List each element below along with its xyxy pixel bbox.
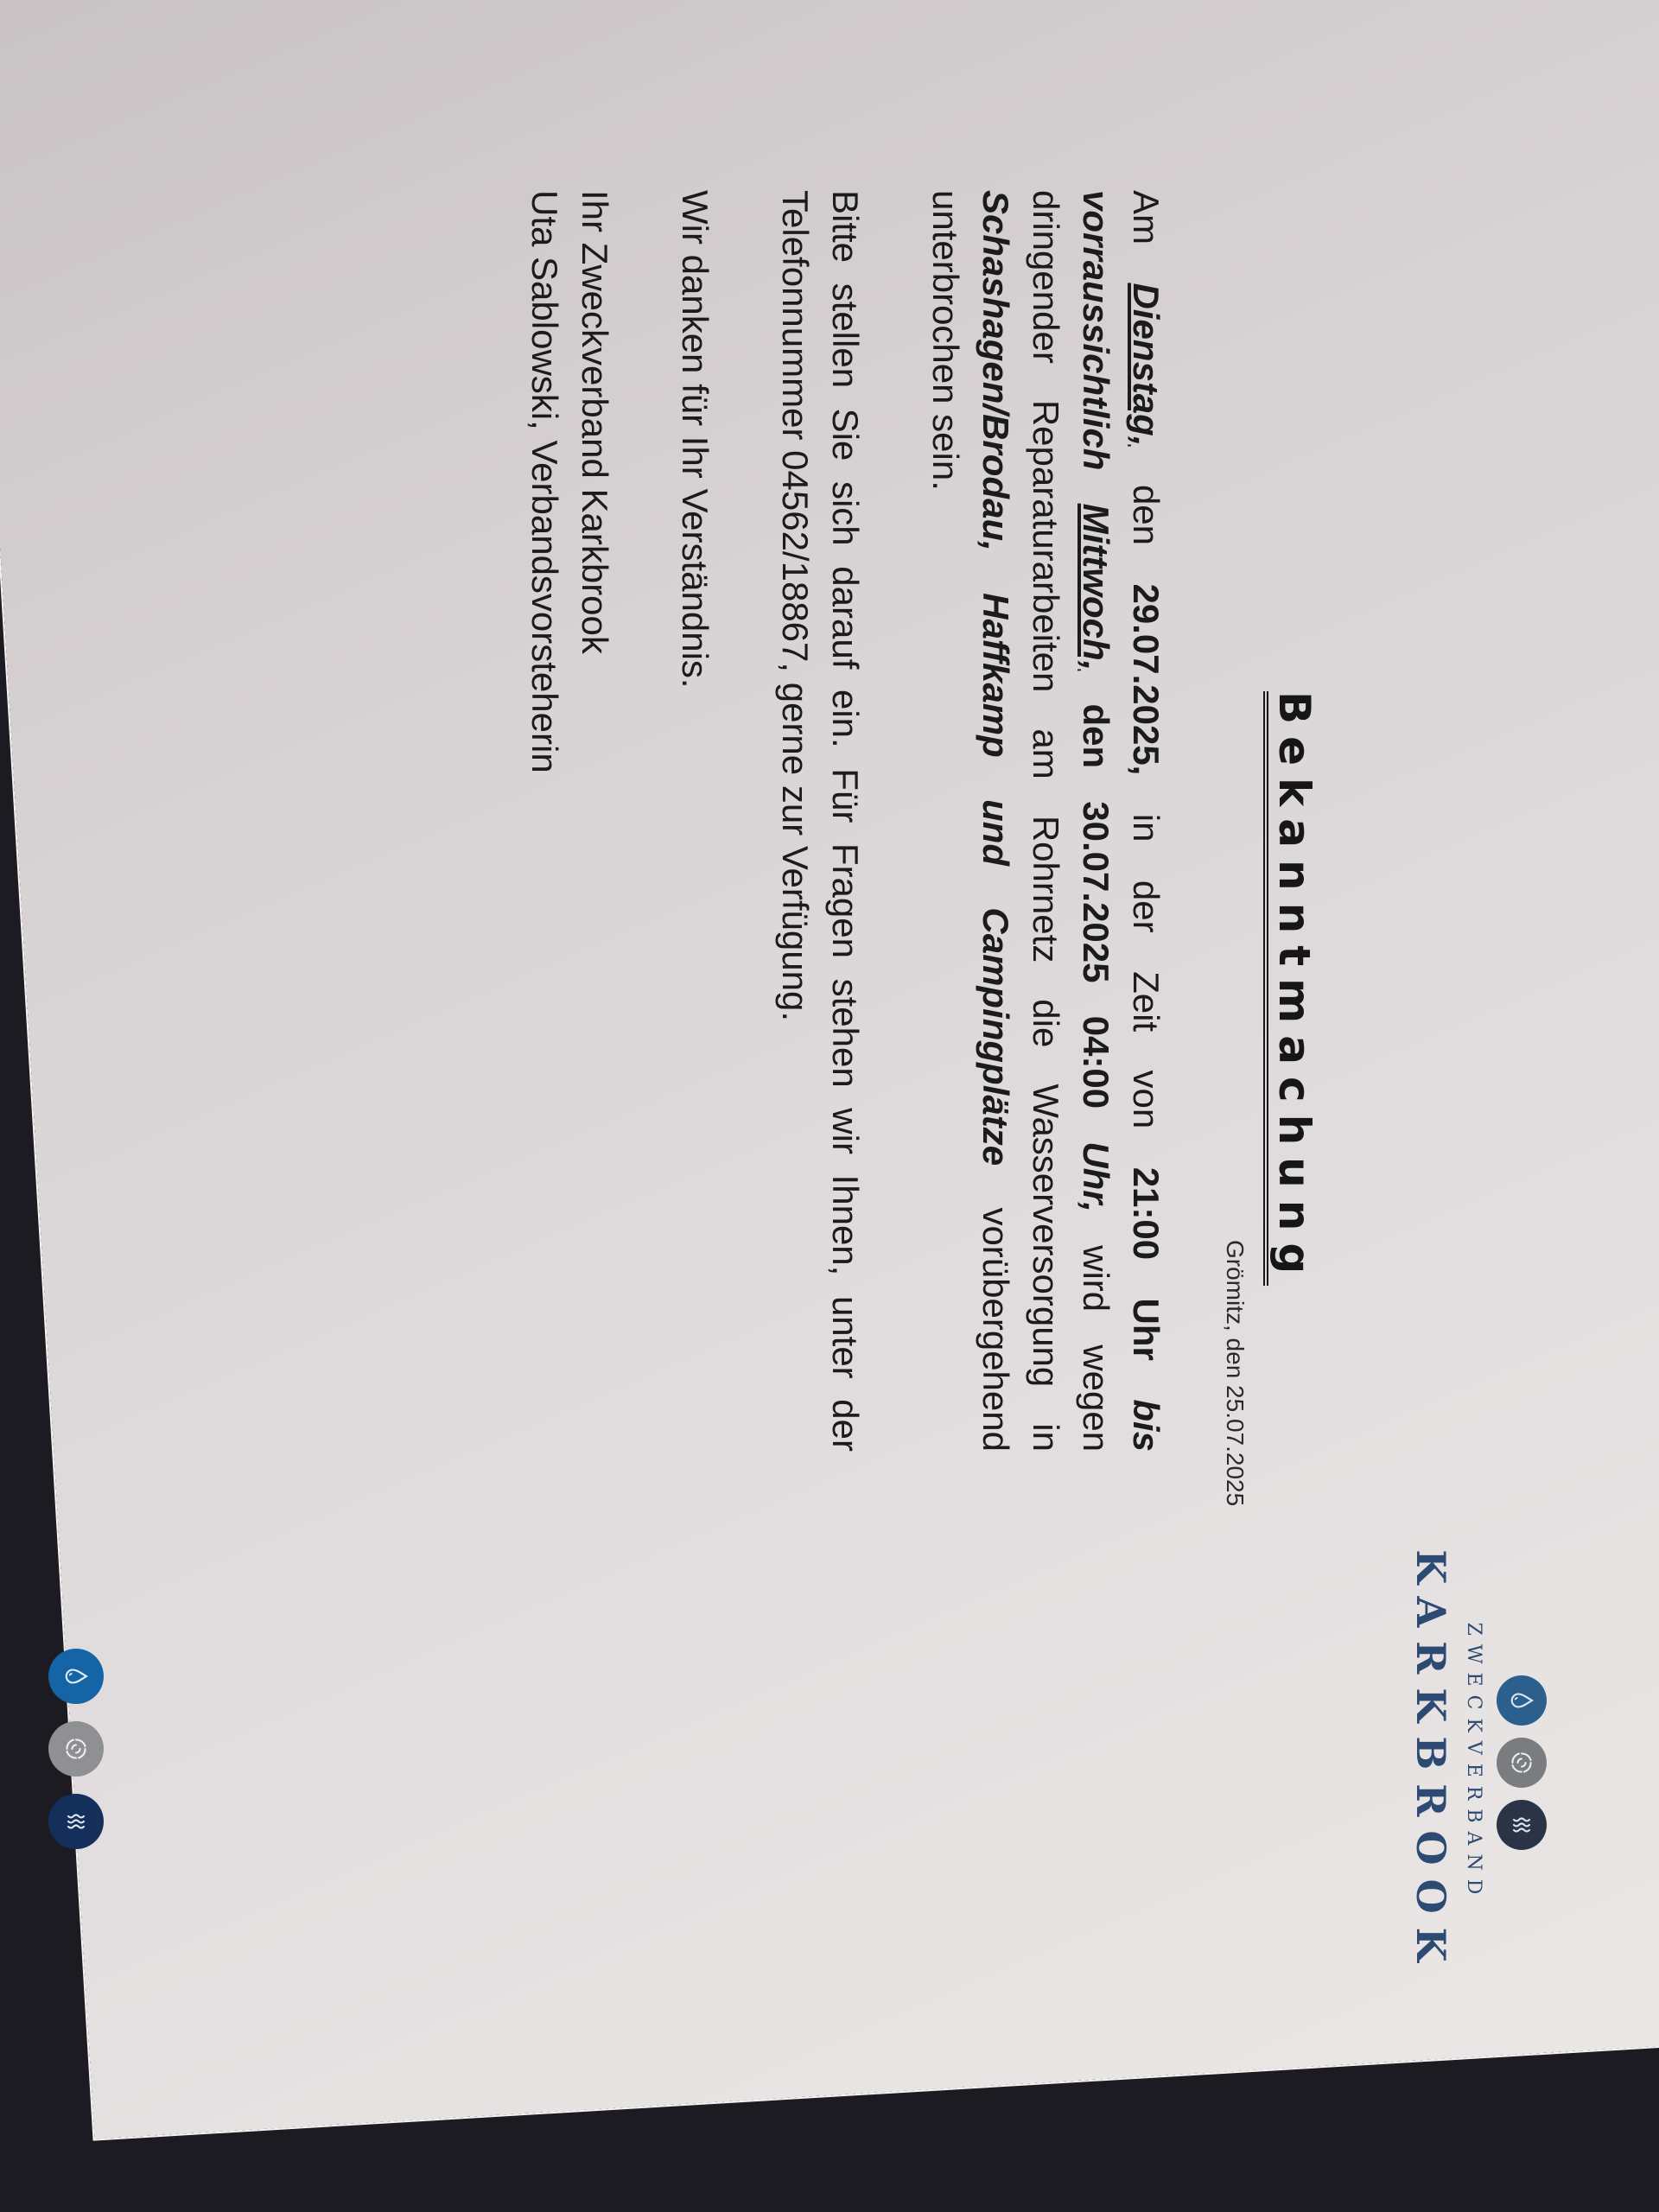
footer-icons (48, 1649, 104, 1849)
heat-waves-icon (48, 1794, 104, 1849)
swirl-icon (48, 1721, 104, 1777)
end-time: 04:00 (1076, 1016, 1116, 1109)
start-time: 21:00 Uhr (1126, 1167, 1166, 1361)
text: den (1126, 447, 1166, 584)
start-date: 29.07.2025, (1126, 583, 1166, 775)
water-drop-icon (48, 1649, 104, 1704)
swirl-icon (1497, 1738, 1547, 1788)
end-den: den (1076, 703, 1116, 768)
text: in der Zeit von (1126, 775, 1166, 1166)
text (1076, 671, 1116, 703)
text (1076, 983, 1116, 1016)
paragraph-contact: Bitte stellen Sie sich darauf ein. Für F… (770, 190, 870, 1452)
text (1076, 1109, 1116, 1141)
place-date: Grömitz, den 25.07.2025 (1221, 1240, 1249, 1506)
photo-stage: ZWECKVERBAND KARKBROOK Bekanntmachung Gr… (0, 0, 1659, 2212)
end-uhr: Uhr, (1076, 1141, 1116, 1212)
heat-waves-icon (1497, 1800, 1547, 1850)
letterhead: ZWECKVERBAND KARKBROOK (1408, 1521, 1547, 2005)
notice-body: Am Dienstag, den 29.07.2025, in der Zeit… (519, 190, 1171, 1452)
letterhead-icons (1497, 1521, 1547, 2005)
end-day: Mittwoch, (1076, 504, 1116, 671)
water-drop-icon (1497, 1675, 1547, 1726)
notice-document: ZWECKVERBAND KARKBROOK Bekanntmachung Gr… (0, 0, 1659, 2212)
text (1076, 768, 1116, 801)
signature-org: Ihr Zweckverband Karkbrook (569, 190, 620, 1452)
org-label-small: ZWECKVERBAND (1463, 1521, 1484, 2005)
paragraph-outage: Am Dienstag, den 29.07.2025, in der Zeit… (920, 190, 1171, 1452)
end-date: 30.07.2025 (1076, 801, 1116, 982)
text (1076, 470, 1116, 503)
start-day: Dienstag, (1126, 283, 1166, 446)
text (1126, 1361, 1166, 1399)
signature-name: Uta Sablowski, Verbandsvorsteherin (519, 190, 569, 1452)
page-title: Bekanntmachung (1263, 691, 1318, 1286)
text: Am (1126, 190, 1166, 283)
org-name: KARKBROOK (1408, 1521, 1454, 2005)
affected-places: Schashagen/Brodau, Haffkamp und Campingp… (976, 190, 1016, 1166)
thanks-line: Wir danken für Ihr Verständnis. (670, 190, 720, 1452)
signature-block: Ihr Zweckverband Karkbrook Uta Sablowski… (519, 190, 620, 1452)
